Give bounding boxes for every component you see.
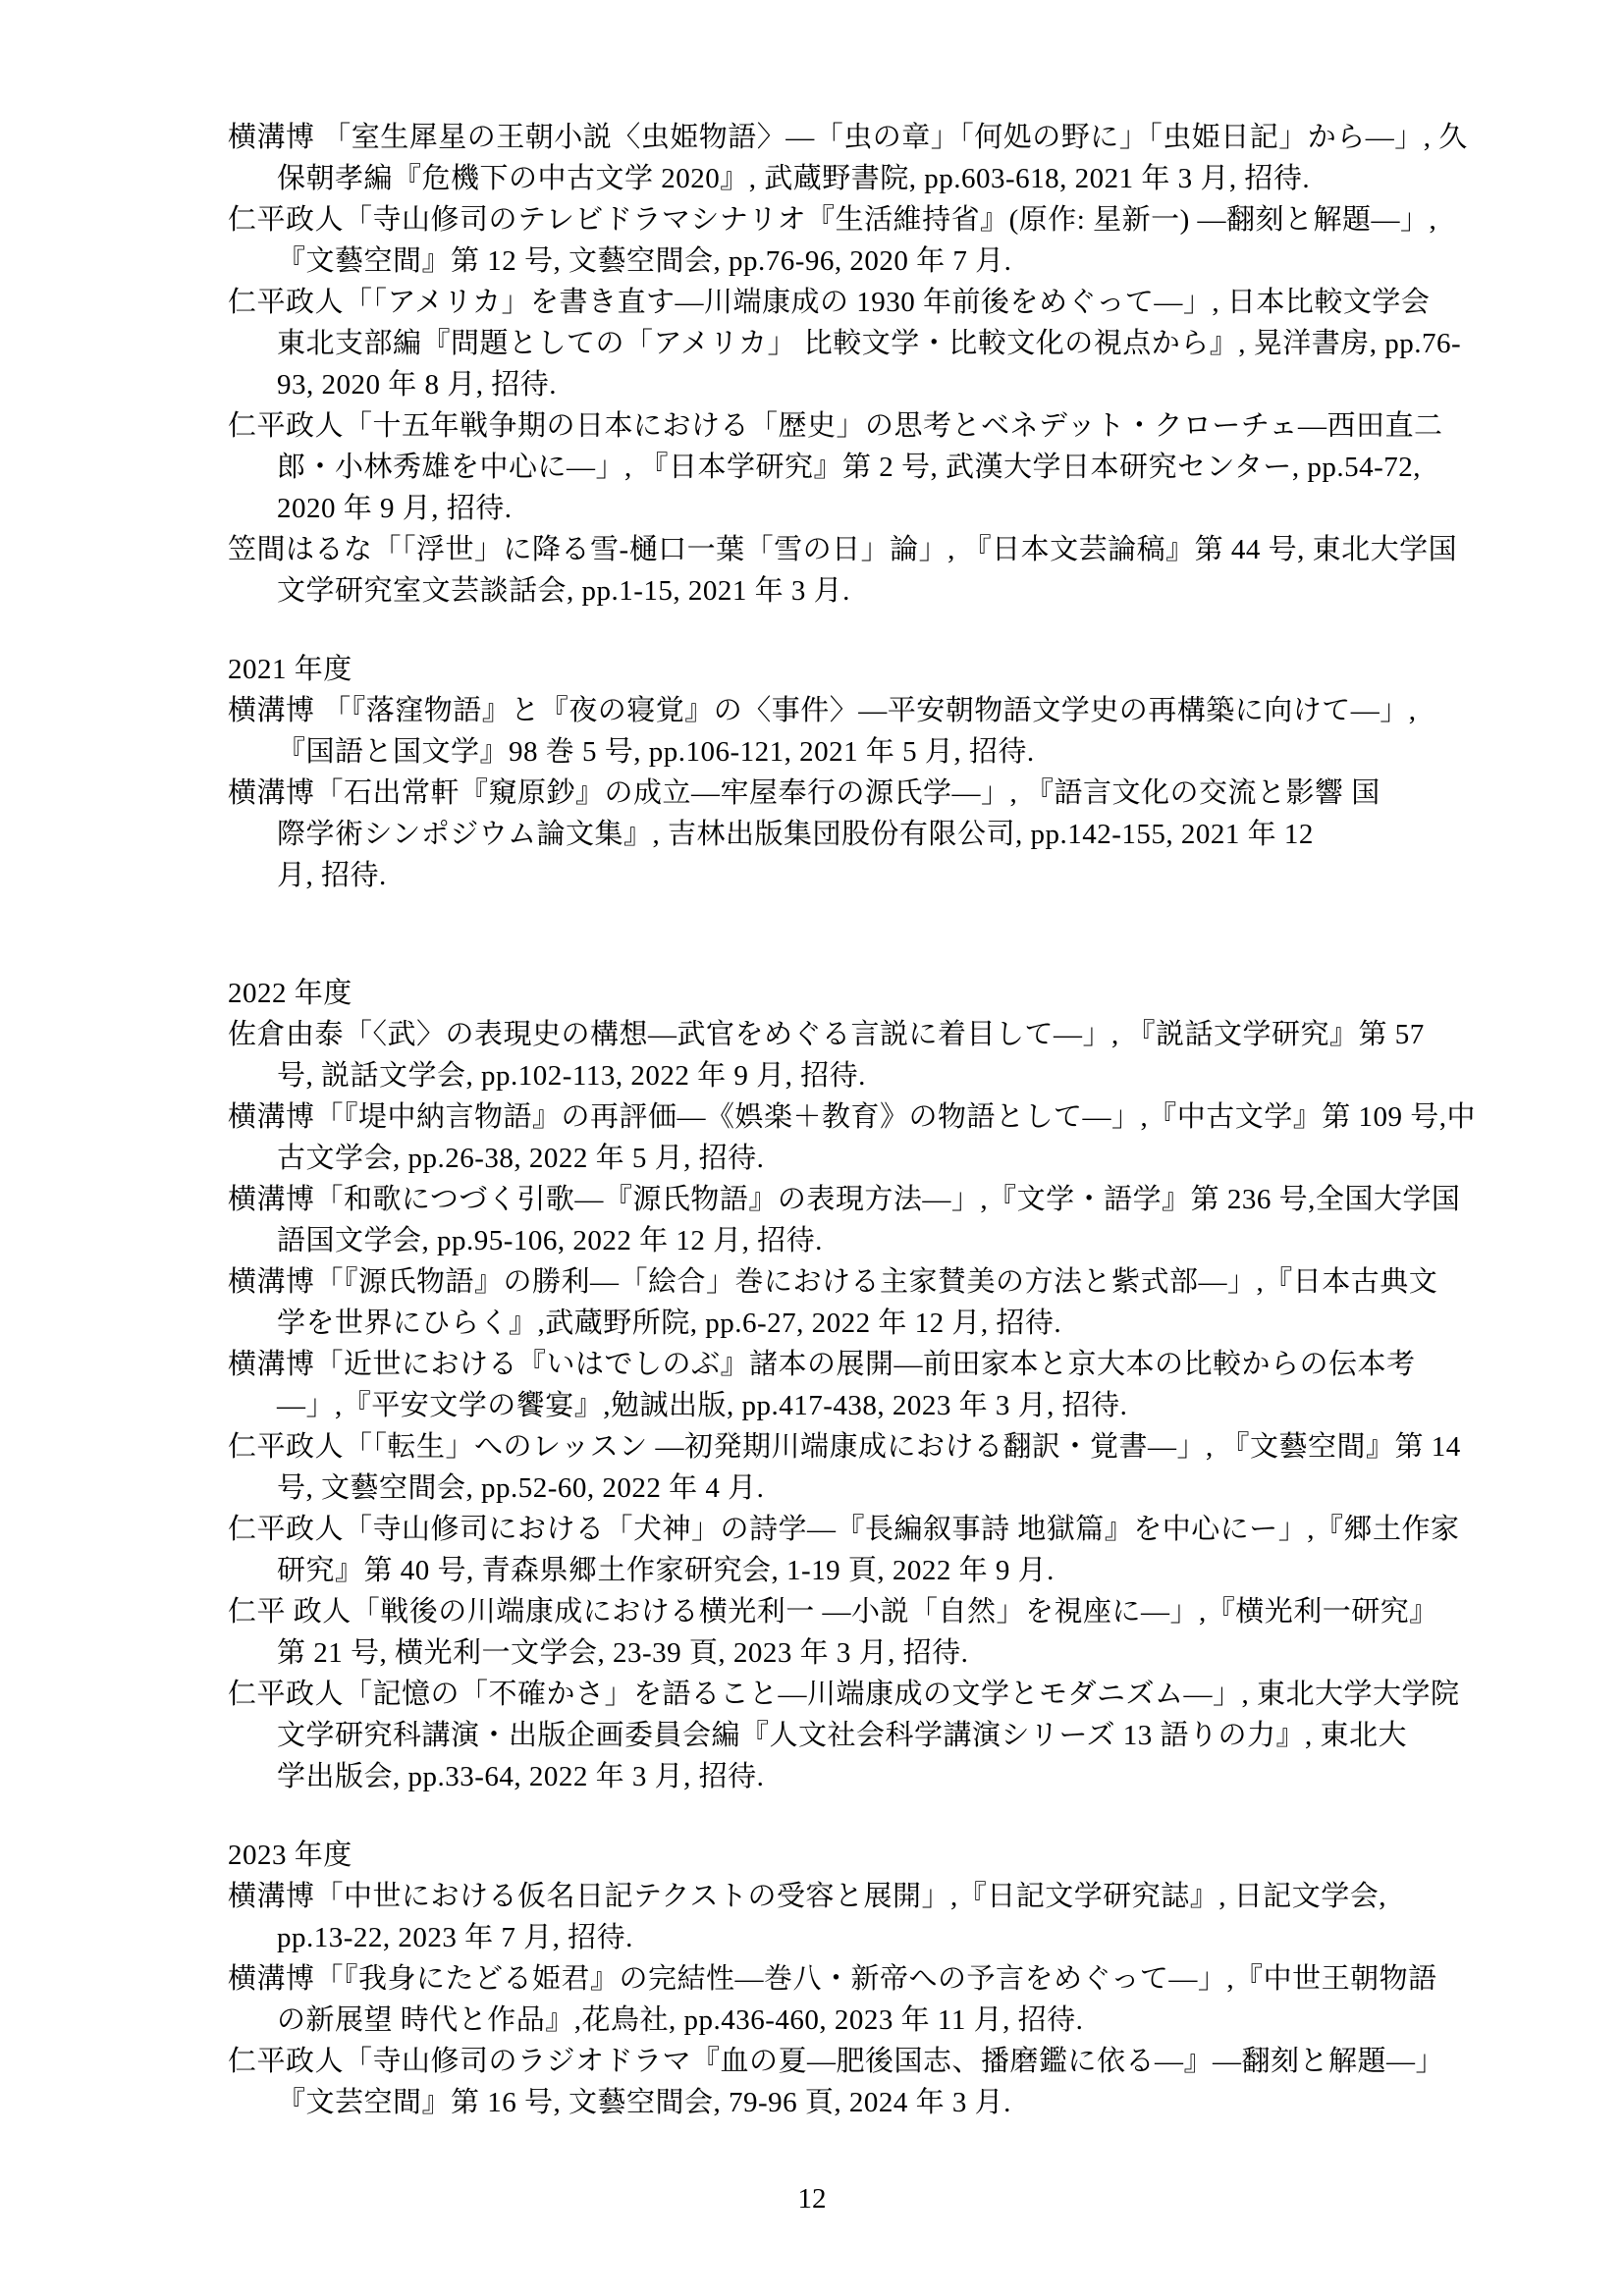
- entry-line: 東北支部編『問題としての「アメリカ」 比較文学・比較文化の視点から』, 晃洋書房…: [228, 323, 1406, 364]
- entry-line: 『文芸空間』第 16 号, 文藝空間会, 79-96 頁, 2024 年 3 月…: [228, 2082, 1406, 2123]
- publication-entry: 仁平政人「「アメリカ」を書き直す―川端康成の 1930 年前後をめぐって―」, …: [228, 282, 1406, 405]
- entry-line: 横溝博「和歌につづく引歌―『源氏物語』の表現方法―」,『文学・語学』第 236 …: [228, 1179, 1406, 1220]
- entry-line: 仁平 政人「戦後の川端康成における横光利一 ―小説「自然」を視座に―」,『横光利…: [228, 1591, 1406, 1632]
- publication-entry: 仁平政人「十五年戦争期の日本における「歴史」の思考とベネデット・クローチェ―西田…: [228, 405, 1406, 529]
- entry-line: 横溝博「石出常軒『窺原鈔』の成立―牢屋奉行の源氏学―」, 『語言文化の交流と影響…: [228, 773, 1406, 814]
- publication-entry: 仁平政人「寺山修司のラジオドラマ『血の夏―肥後国志、播磨鑑に依る―』―翻刻と解題…: [228, 2041, 1406, 2123]
- entry-line: 号, 文藝空間会, pp.52-60, 2022 年 4 月.: [228, 1468, 1406, 1509]
- publication-entry: 横溝博「石出常軒『窺原鈔』の成立―牢屋奉行の源氏学―」, 『語言文化の交流と影響…: [228, 773, 1406, 896]
- entry-line: 横溝博「『堤中納言物語』の再評価―《娯楽＋教育》の物語として―」,『中古文学』第…: [228, 1096, 1406, 1138]
- publication-entry: 仁平政人「「転生」へのレッスン ―初発期川端康成における翻訳・覚書―」, 『文藝…: [228, 1426, 1406, 1509]
- section-heading: 2023 年度: [228, 1835, 1406, 1876]
- section-heading: 2022 年度: [228, 973, 1406, 1014]
- entry-line: 仁平政人「記憶の「不確かさ」を語ること―川端康成の文学とモダニズム―」, 東北大…: [228, 1674, 1406, 1715]
- entry-line: 横溝博「中世における仮名日記テクストの受容と展開」,『日記文学研究誌』, 日記文…: [228, 1876, 1406, 1917]
- entry-line: 第 21 号, 横光利一文学会, 23-39 頁, 2023 年 3 月, 招待…: [228, 1632, 1406, 1674]
- entry-line: 『文藝空間』第 12 号, 文藝空間会, pp.76-96, 2020 年 7 …: [228, 240, 1406, 282]
- entry-line: 『国語と国文学』98 巻 5 号, pp.106-121, 2021 年 5 月…: [228, 731, 1406, 773]
- publication-entry: 笠間はるな「「浮世」に降る雪-樋口一葉「雪の日」論」, 『日本文芸論稿』第 44…: [228, 529, 1406, 612]
- entry-line: 仁平政人「「転生」へのレッスン ―初発期川端康成における翻訳・覚書―」, 『文藝…: [228, 1426, 1406, 1468]
- publication-entry: 佐倉由泰「〈武〉の表現史の構想―武官をめぐる言説に着目して―」, 『説話文学研究…: [228, 1014, 1406, 1096]
- entry-line: 93, 2020 年 8 月, 招待.: [228, 364, 1406, 405]
- entry-line: ―」,『平安文学の饗宴』,勉誠出版, pp.417-438, 2023 年 3 …: [228, 1385, 1406, 1426]
- entry-line: 横溝博「『源氏物語』の勝利―「絵合」巻における主家賛美の方法と紫式部―」,『日本…: [228, 1261, 1406, 1303]
- entry-line: 語国文学会, pp.95-106, 2022 年 12 月, 招待.: [228, 1220, 1406, 1261]
- entry-line: 仁平政人「十五年戦争期の日本における「歴史」の思考とベネデット・クローチェ―西田…: [228, 405, 1406, 447]
- publication-list: 横溝博 「室生犀星の王朝小説〈虫姫物語〉―「虫の章」「何処の野に」「虫姫日記」か…: [228, 117, 1406, 2123]
- publication-entry: 仁平政人「寺山修司のテレビドラマシナリオ『生活維持省』(原作: 星新一) ―翻刻…: [228, 199, 1406, 282]
- section-heading: 2021 年度: [228, 649, 1406, 690]
- publication-entry: 横溝博「中世における仮名日記テクストの受容と展開」,『日記文学研究誌』, 日記文…: [228, 1876, 1406, 1958]
- entry-line: 仁平政人「寺山修司のテレビドラマシナリオ『生活維持省』(原作: 星新一) ―翻刻…: [228, 199, 1406, 240]
- entry-line: pp.13-22, 2023 年 7 月, 招待.: [228, 1917, 1406, 1958]
- entry-line: の新展望 時代と作品』,花鳥社, pp.436-460, 2023 年 11 月…: [228, 2000, 1406, 2041]
- entry-line: 2020 年 9 月, 招待.: [228, 488, 1406, 529]
- entry-line: 文学研究科講演・出版企画委員会編『人文社会科学講演シリーズ 13 語りの力』, …: [228, 1715, 1406, 1756]
- entry-line: 郎・小林秀雄を中心に―」, 『日本学研究』第 2 号, 武漢大学日本研究センター…: [228, 447, 1406, 488]
- entry-line: 仁平政人「寺山修司における「犬神」の詩学―『長編叙事詩 地獄篇』を中心にー」,『…: [228, 1509, 1406, 1550]
- entry-line: 仁平政人「「アメリカ」を書き直す―川端康成の 1930 年前後をめぐって―」, …: [228, 282, 1406, 323]
- publication-entry: 仁平政人「寺山修司における「犬神」の詩学―『長編叙事詩 地獄篇』を中心にー」,『…: [228, 1509, 1406, 1591]
- entry-line: 横溝博「近世における『いはでしのぶ』諸本の展開―前田家本と京大本の比較からの伝本…: [228, 1344, 1406, 1385]
- entry-line: 保朝孝編『危機下の中古文学 2020』, 武蔵野書院, pp.603-618, …: [228, 158, 1406, 199]
- entry-line: 月, 招待.: [228, 855, 1406, 896]
- publication-entry: 横溝博「和歌につづく引歌―『源氏物語』の表現方法―」,『文学・語学』第 236 …: [228, 1179, 1406, 1261]
- entry-line: 佐倉由泰「〈武〉の表現史の構想―武官をめぐる言説に着目して―」, 『説話文学研究…: [228, 1014, 1406, 1055]
- publication-entry: 横溝博「『堤中納言物語』の再評価―《娯楽＋教育》の物語として―」,『中古文学』第…: [228, 1096, 1406, 1179]
- publication-entry: 横溝博 「『落窪物語』と『夜の寝覚』の〈事件〉―平安朝物語文学史の再構築に向けて…: [228, 690, 1406, 773]
- publication-entry: 横溝博 「室生犀星の王朝小説〈虫姫物語〉―「虫の章」「何処の野に」「虫姫日記」か…: [228, 117, 1406, 199]
- entry-line: 号, 説話文学会, pp.102-113, 2022 年 9 月, 招待.: [228, 1055, 1406, 1096]
- entry-line: 横溝博 「室生犀星の王朝小説〈虫姫物語〉―「虫の章」「何処の野に」「虫姫日記」か…: [228, 117, 1406, 158]
- entry-line: 学出版会, pp.33-64, 2022 年 3 月, 招待.: [228, 1756, 1406, 1797]
- entry-line: 古文学会, pp.26-38, 2022 年 5 月, 招待.: [228, 1138, 1406, 1179]
- entry-line: 横溝博「『我身にたどる姫君』の完結性―巻八・新帝への予言をめぐって―」,『中世王…: [228, 1958, 1406, 2000]
- entry-line: 仁平政人「寺山修司のラジオドラマ『血の夏―肥後国志、播磨鑑に依る―』―翻刻と解題…: [228, 2041, 1406, 2082]
- entry-line: 学を世界にひらく』,武蔵野所院, pp.6-27, 2022 年 12 月, 招…: [228, 1303, 1406, 1344]
- publication-entry: 横溝博「近世における『いはでしのぶ』諸本の展開―前田家本と京大本の比較からの伝本…: [228, 1344, 1406, 1426]
- entry-line: 研究』第 40 号, 青森県郷土作家研究会, 1-19 頁, 2022 年 9 …: [228, 1550, 1406, 1591]
- entry-line: 笠間はるな「「浮世」に降る雪-樋口一葉「雪の日」論」, 『日本文芸論稿』第 44…: [228, 529, 1406, 570]
- entry-line: 文学研究室文芸談話会, pp.1-15, 2021 年 3 月.: [228, 570, 1406, 612]
- publication-entry: 横溝博「『源氏物語』の勝利―「絵合」巻における主家賛美の方法と紫式部―」,『日本…: [228, 1261, 1406, 1344]
- publication-entry: 仁平 政人「戦後の川端康成における横光利一 ―小説「自然」を視座に―」,『横光利…: [228, 1591, 1406, 1674]
- page-number: 12: [0, 2178, 1624, 2219]
- entry-line: 際学術シンポジウム論文集』, 吉林出版集団股份有限公司, pp.142-155,…: [228, 814, 1406, 855]
- publication-entry: 横溝博「『我身にたどる姫君』の完結性―巻八・新帝への予言をめぐって―」,『中世王…: [228, 1958, 1406, 2041]
- publication-entry: 仁平政人「記憶の「不確かさ」を語ること―川端康成の文学とモダニズム―」, 東北大…: [228, 1674, 1406, 1797]
- entry-line: 横溝博 「『落窪物語』と『夜の寝覚』の〈事件〉―平安朝物語文学史の再構築に向けて…: [228, 690, 1406, 731]
